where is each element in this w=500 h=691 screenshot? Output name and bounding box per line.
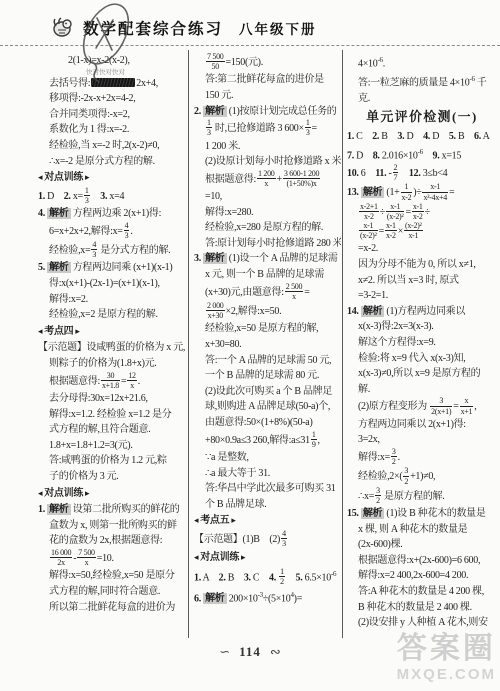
answer-text-line: 答:华昌中学此次最多可购买 31: [194, 481, 341, 497]
fraction: 1x-2: [401, 182, 413, 201]
answer-text-line: 10. 6 11. -27 12. 3≤b<4: [347, 164, 497, 183]
fraction: x-1x-2: [412, 202, 424, 221]
answer-text-line: 式方程的解,且符合题意.: [38, 422, 188, 438]
brand-watermark: 答案圈 MXQE.COM: [397, 634, 496, 682]
answer-text-line: 2(1-x)=x-2(x-2),: [38, 53, 188, 69]
answer-column-3: 4×10-6.答:一粒芝麻的质量是 4×10-6 千克.单元评价检测(一)1. …: [347, 53, 497, 653]
jiexi-tag: 解析: [361, 306, 384, 317]
answer-text-line: (2)设安排 y 人种植 A 花木,则安: [347, 615, 497, 631]
answer-text-line: 解得:x=1.2. 经检验 x=1.2 是分: [38, 407, 188, 423]
answer-text-line: 150 元.: [194, 88, 341, 104]
mascot-bug-icon: [50, 16, 76, 40]
pen-scribble-blot: [91, 78, 135, 87]
answer-text-line: x 元, 则一个 B 品牌的足球需: [194, 267, 341, 283]
answer-text-line: 【示范题】设咸鸭蛋的价格为 x 元,: [38, 340, 188, 356]
fraction: 30x+1.8: [101, 371, 120, 390]
fraction: 32: [375, 486, 381, 505]
answer-text-line: 解这个方程得:x=9.: [347, 335, 497, 351]
section-marker: 对点训练: [194, 549, 341, 567]
answer-text-line: 根据题意得:30x+1.8=12x.: [38, 372, 188, 391]
answer-text-line: 解.: [347, 382, 497, 398]
jiexi-tag: 解析: [203, 593, 226, 604]
answer-text-line: 4×10-6.: [347, 53, 497, 72]
fraction: 27: [393, 163, 399, 182]
fraction: 12: [279, 567, 285, 586]
footer-right-flourish: ∾: [270, 644, 281, 659]
answer-column-2: 7 50050=150(元).答:第二批鲜花每盒的进价是150 元.2. 解析 …: [194, 53, 341, 645]
answer-text-line: 2. 解析 (1)按原计划完成总任务的: [194, 104, 341, 120]
answer-text-line: 子的价格为 3 元.: [38, 469, 188, 485]
jiexi-tag: 解析: [203, 106, 226, 117]
answer-text-line: (2x-600)棵.: [347, 537, 497, 553]
fraction: x-1x-2: [385, 221, 397, 240]
answer-text-line: x+30=80.: [194, 337, 341, 353]
answer-text-line: 6. 解析 200×10-3÷(5×104)=: [194, 588, 341, 607]
answer-text-line: 根据题意得:1 200x+3 600-1 200(1+50%)x: [194, 170, 341, 189]
answer-text-line: 16 0002x-7 500x=10.: [38, 549, 188, 568]
fraction: 7 50050: [206, 53, 225, 71]
answer-text-line: 因为分母不能为 0, 所以 x≠1,: [347, 257, 497, 273]
answer-text-line: 则粽子的价格为(1.8+x)元.: [38, 356, 188, 372]
answer-column-1: 2(1-x)=x-2(x-2),快对快对快对去括号得:2x+4,移项得:-2x-…: [38, 53, 188, 645]
answer-text-line: 移项得:-2x-x+2x=4-2,: [38, 91, 188, 107]
answer-text-line: 3=2x,: [347, 432, 497, 448]
jiexi-tag: 解析: [47, 262, 70, 273]
answer-text-line: 一个 B 品牌的足球需 80 元.: [194, 368, 341, 384]
answer-text-line: x(x-3)≠0,所以 x=9 是原方程的: [347, 366, 497, 382]
answer-text-line: 14. 解析 (1)方程两边同乘以: [347, 304, 497, 320]
fraction: 1 200x: [257, 169, 276, 188]
answer-text-line: 球,则购进 A 品牌足球(50-a)个,: [194, 399, 341, 415]
brand-watermark-site: MXQE.COM: [397, 667, 496, 682]
answer-text-line: 答:一个 A 品牌的足球需 50 元,: [194, 353, 341, 369]
answer-text-line: x 棵, 则 A 种花木的数量是: [347, 522, 497, 538]
header-dashed-rule: [0, 45, 500, 46]
section-marker: 对点训练: [38, 485, 188, 503]
answer-text-line: 式方程的解,同时符合题意.: [38, 584, 188, 600]
fraction: x-1(x-2)²: [386, 202, 405, 221]
answer-text-line: (2)设此次可购买 a 个 B 品牌足: [194, 384, 341, 400]
jiexi-tag: 解析: [203, 253, 226, 264]
fraction: 32(x+1): [430, 396, 452, 415]
fraction: 19: [311, 430, 317, 449]
answer-text-line: 方程两边同乘以 2(x+1)得:: [347, 417, 497, 433]
answer-text-line: 个 B 品牌足球.: [194, 497, 341, 513]
answer-text-line: 解得:x=2 400,2x-600=4 200.: [347, 568, 497, 584]
answer-text-line: 去分母得:30x=12x+21.6,: [38, 391, 188, 407]
answer-text-line: 由题意得:50×(1+8%)(50-a): [194, 415, 341, 431]
answer-text-line: 合并同类项得:-x=2,: [38, 107, 188, 123]
answer-text-line: 1 200 米.: [194, 139, 341, 155]
answer-text-line: ∵a 是整数,: [194, 450, 341, 466]
fraction: 2 500x: [285, 282, 304, 301]
fraction: x-1(x-2)²: [359, 221, 378, 240]
answer-text-line: 1. A 2. B 3. C 4. 12 5. 6.5×10-6: [194, 567, 341, 588]
answer-text-line: +80×0.9a≤3 260,解得:a≤3119,: [194, 431, 341, 450]
answer-text-line: 5. 解析 方程两边同乘 (x+1)(x-1): [38, 260, 188, 276]
answer-text-line: 克.: [347, 91, 497, 107]
jiexi-tag: 解析: [361, 187, 384, 198]
answer-text-line: 1. 解析 设第二批所购买的鲜花的: [38, 502, 188, 518]
answer-text-line: x(x-3)得:2x=3(x-3).: [347, 319, 497, 335]
answer-text-line: 1. C 2. B 3. D 4. D 5. B 6. A: [347, 129, 497, 145]
jiexi-tag: 解析: [47, 208, 70, 219]
answer-text-line: ∴x=-2 是原分式方程的解.: [38, 154, 188, 170]
answer-text-line: 盒数为 x, 则第一批所购买的鲜: [38, 518, 188, 534]
answer-text-line: 【示范题】(1)B (2)43: [194, 530, 341, 549]
fraction: 13: [84, 186, 90, 205]
answer-text-line: 根据题意得:x+(2x-600)=6 600,: [347, 553, 497, 569]
answer-text-line: 答:咸鸭蛋的价格为 1.2 元,粽: [38, 453, 188, 469]
answer-text-line: ∴x=32 是原方程的解.: [347, 487, 497, 506]
answer-text-line: 答:第二批鲜花每盒的进价是: [194, 72, 341, 88]
answer-text-line: 得:x(x+1)-(2x-1)=(x+1)(x-1),: [38, 276, 188, 292]
fraction: x-2+1x-2: [359, 202, 379, 221]
answer-text-line: x≠2. 所以当 x=3 时, 原式: [347, 273, 497, 289]
answer-text-line: 答:A 种花木的数量是 4 200 棵,: [347, 584, 497, 600]
book-subtitle: 八年级下册: [239, 18, 317, 38]
answer-text-line: 系数化为 1 得:x=-2.: [38, 122, 188, 138]
section-marker: 对点训练: [38, 169, 188, 187]
fraction: 43: [124, 221, 130, 240]
column-divider-1: [188, 50, 189, 638]
fraction: 16 0002x: [50, 548, 72, 567]
answer-text-line: 去括号得:2x+4,: [38, 76, 188, 92]
answer-text-line: 所以第二批鲜花每盒的进价为: [38, 600, 188, 616]
answer-text-line: 3. 解析 (1)设一个 A 品牌的足球需: [194, 251, 341, 267]
answer-text-line: 经检验,x=2 是原方程的解.: [38, 307, 188, 323]
fraction: 2 000x+30: [206, 301, 225, 320]
fraction: 13: [206, 118, 212, 137]
brand-watermark-name: 答案圈: [397, 634, 496, 664]
fraction: 43: [281, 529, 287, 548]
answer-text-line: 检验:将 x=9 代入 x(x-3)知,: [347, 351, 497, 367]
answer-text-line: 解得:x=32.: [347, 448, 497, 467]
answer-text-line: 解得:x=50,经检验,x=50 是原分: [38, 568, 188, 584]
answer-text-line: 经检验,2×(32+1)≠0,: [347, 467, 497, 486]
answer-text-line: (2)设原计划每小时抢修道路 x 米.: [194, 154, 341, 170]
answer-text-line: 4. 解析 方程两边乘 2(x+1)得:: [38, 206, 188, 222]
section-marker: 考点五: [194, 512, 341, 530]
fraction: 43: [91, 240, 97, 259]
fraction: 12x: [127, 371, 136, 390]
jiexi-tag: 解析: [361, 508, 384, 519]
answer-text-line: 解得:x=280.: [194, 205, 341, 221]
fraction: 32: [391, 447, 397, 466]
column-divider-2: [342, 50, 343, 638]
answer-text-line: x-2+1x-2÷x-1(x-2)²=x-1x-2÷: [347, 203, 497, 222]
answer-text-line: 2 000x+30×2,解得:x=50.: [194, 302, 341, 321]
answer-text-line: 6=x+2x+2,解得:x=43.: [38, 222, 188, 241]
tiny-watermark-text: 快对快对快对: [38, 69, 188, 76]
answer-text-line: 经检验,x=43 是分式方程的解.: [38, 241, 188, 260]
footer-left-flourish: ∽: [219, 644, 230, 659]
answer-text-line: 花的盒数为 2x,根据题意得:: [38, 533, 188, 549]
answer-text-line: ∴a 最大等于 31.: [194, 466, 341, 482]
answer-text-line: =10,: [194, 189, 341, 205]
answer-text-line: 经检验,x=280 是原方程的解.: [194, 220, 341, 236]
answer-text-line: 15. 解析 (1)设 B 种花木的数量是: [347, 506, 497, 522]
answer-text-line: =x-2.: [347, 241, 497, 257]
answer-text-line: (2)原方程变形为 32(x+1)=xx+1,: [347, 397, 497, 416]
answer-text-line: 13. 解析 (1+1x-2)÷x-1x²-4x+4=: [347, 183, 497, 202]
fraction: 32: [403, 466, 409, 485]
fraction: x-1x²-4x+4: [422, 182, 447, 201]
page-header: 数学配套综合练习 八年级下册: [50, 16, 317, 40]
page-number: 114: [239, 644, 261, 659]
answer-text-line: 经检验,当 x=-2 时,2(x-2)≠0,: [38, 138, 188, 154]
fraction: 7 500x: [77, 548, 96, 567]
answer-text-line: x-1(x-2)²=x-1x-2×(x-2)²x-1: [347, 222, 497, 241]
answer-text-line: 7. D 8. 2.016×10-6 9. x=15: [347, 145, 497, 164]
answer-text-line: 答:一粒芝麻的质量是 4×10-6 千: [347, 72, 497, 91]
unit-test-title: 单元评价检测(一): [347, 106, 497, 129]
fraction: 3 600-1 200(1+50%)x: [283, 169, 320, 188]
book-title: 数学配套综合练习: [83, 17, 223, 39]
answer-text-line: B 种花木的数量是 2 400 棵.: [347, 600, 497, 616]
answer-text-line: 7 50050=150(元).: [194, 53, 341, 72]
answer-text-line: 经检验,x=50 是原方程的解,: [194, 321, 341, 337]
jiexi-tag: 解析: [47, 504, 70, 515]
answer-text-line: =3-2=1.: [347, 288, 497, 304]
fraction: (x-2)²x-1: [404, 221, 423, 240]
fraction: xx+1: [460, 396, 474, 415]
section-marker: 考点四: [38, 323, 188, 341]
answer-text-line: 1.8+x=1.8+1.2=3(元).: [38, 438, 188, 454]
answer-text-line: 1. D 2. x=13 3. x=4: [38, 187, 188, 206]
answer-text-line: 答:原计划每小时抢修道路 280 米.: [194, 236, 341, 252]
answer-text-line: 解得:x=2.: [38, 292, 188, 308]
fraction: 13: [305, 118, 311, 137]
answer-text-line: 13 时,已抢修道路 3 600×13=: [194, 119, 341, 138]
answer-text-line: (x+30)元,由题意得:2 500x=: [194, 283, 341, 302]
